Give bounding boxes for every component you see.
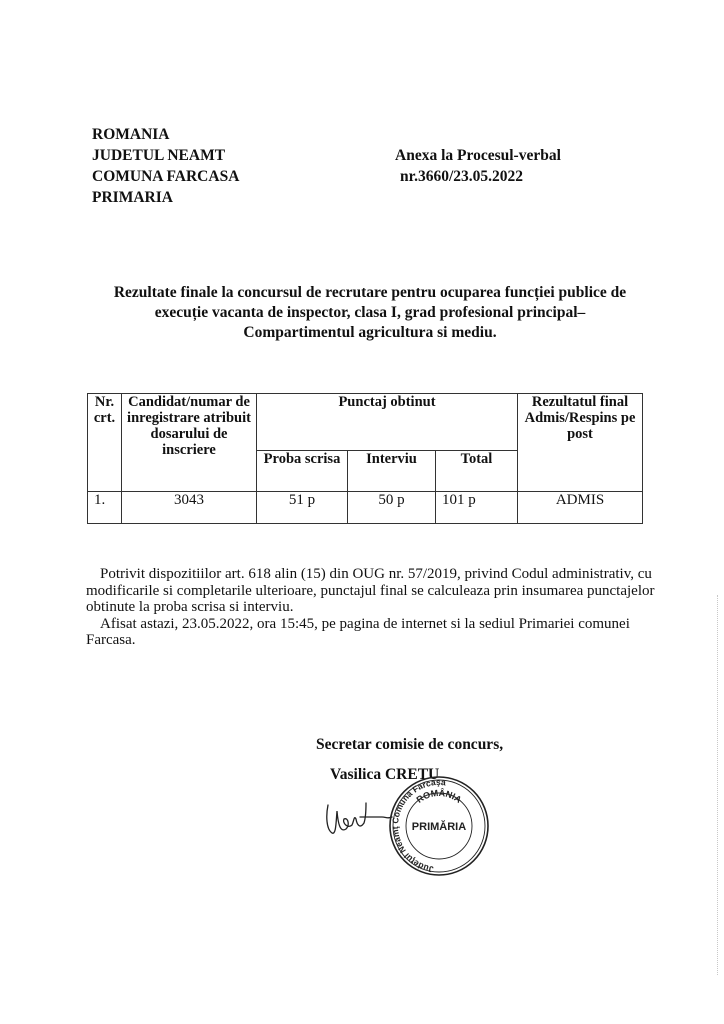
scan-edge-artifact [717,595,718,975]
header-interviu: Interviu [348,451,436,492]
cell-interviu: 50 p [348,492,436,524]
annex-reference: Anexa la Procesul-verbal nr.3660/23.05.2… [395,145,561,187]
cell-rezultat: ADMIS [518,492,643,524]
header-total: Total [436,451,518,492]
annex-number: nr.3660/23.05.2022 [395,166,561,187]
header-candidat: Candidat/numar de inregistrare atribuit … [122,394,257,492]
table-header-row: Nr. crt. Candidat/numar de inregistrare … [88,394,643,451]
header-rezultat: Rezultatul final Admis/Respins pe post [518,394,643,492]
title-line-3: Compartimentul agricultura si mediu. [80,323,660,343]
header-county: JUDETUL NEAMT [92,145,239,166]
header-punctaj: Punctaj obtinut [257,394,518,451]
cell-total: 101 p [436,492,518,524]
cell-candidat: 3043 [122,492,257,524]
posting-paragraph: Afisat astazi, 23.05.2022, ora 15:45, pe… [86,616,666,649]
institution-header: ROMANIA JUDETUL NEAMT COMUNA FARCASA PRI… [92,124,239,208]
header-proba-scrisa: Proba scrisa [257,451,348,492]
results-table: Nr. crt. Candidat/numar de inregistrare … [87,393,643,524]
cell-nr: 1. [88,492,122,524]
title-line-1: Rezultate finale la concursul de recruta… [80,283,660,303]
legal-notice: Potrivit dispozitiilor art. 618 alin (15… [86,566,666,649]
table-row: 1. 3043 51 p 50 p 101 p ADMIS [88,492,643,524]
stamp-center-text: PRIMĂRIA [412,820,466,833]
header-commune: COMUNA FARCASA [92,166,239,187]
legal-paragraph: Potrivit dispozitiilor art. 618 alin (15… [86,566,666,616]
annex-label: Anexa la Procesul-verbal [395,145,561,166]
signatory-role: Secretar comisie de concurs, [316,736,503,754]
title-line-2: execuție vacanta de inspector, clasa I, … [80,303,660,323]
document-title: Rezultate finale la concursul de recruta… [80,283,660,343]
header-nr: Nr. crt. [88,394,122,492]
official-stamp: ROMÂNIA PRIMĂRIA Judeţul Neamţ Comuna Fa… [388,775,490,877]
header-country: ROMANIA [92,124,239,145]
header-office: PRIMARIA [92,187,239,208]
cell-proba-scrisa: 51 p [257,492,348,524]
